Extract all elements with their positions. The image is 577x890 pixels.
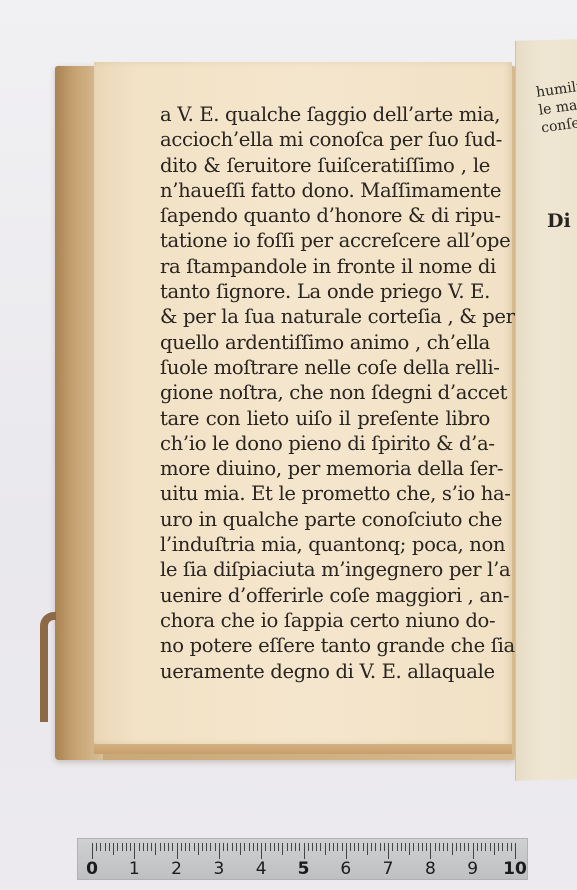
ruler-tick bbox=[249, 843, 250, 851]
ruler-label: 10 bbox=[503, 859, 527, 879]
ruler-tick bbox=[308, 843, 309, 851]
text-line: ueramente degno di V. E. allaquale bbox=[160, 659, 490, 684]
ruler-tick bbox=[490, 843, 491, 851]
ruler-tick bbox=[401, 843, 402, 851]
ruler-tick bbox=[468, 843, 469, 851]
ruler-tick bbox=[430, 843, 431, 859]
ruler-tick bbox=[405, 843, 406, 851]
ruler-tick bbox=[122, 843, 123, 851]
ruler-tick bbox=[320, 843, 321, 851]
ruler-tick bbox=[210, 843, 211, 851]
ruler-tick bbox=[439, 843, 440, 851]
right-page bbox=[515, 39, 577, 781]
ruler-tick bbox=[363, 843, 364, 851]
ruler-tick bbox=[346, 843, 347, 859]
ruler-tick bbox=[232, 843, 233, 851]
ruler-tick bbox=[92, 843, 93, 859]
ruler-tick bbox=[287, 843, 288, 851]
ruler-tick bbox=[291, 843, 292, 851]
ruler-tick bbox=[155, 843, 156, 855]
scale-ruler: 012345678910 bbox=[77, 838, 528, 880]
ruler-tick bbox=[113, 843, 114, 855]
ruler-tick bbox=[333, 843, 334, 851]
text-line: tare con lieto uiſo il preſente libro bbox=[160, 406, 490, 431]
text-line: l’induſtria mia, quantonq; poca, non bbox=[160, 532, 490, 557]
left-page-text: a V. E. qualche ſaggio dell’arte mia, ac… bbox=[160, 102, 490, 684]
text-line: gione noſtra, che non ſdegni d’accet bbox=[160, 380, 490, 405]
text-line: uro in qualche parte conoſciuto che bbox=[160, 507, 490, 532]
ruler-tick bbox=[236, 843, 237, 851]
ruler-tick bbox=[282, 843, 283, 855]
ruler-tick bbox=[464, 843, 465, 851]
ruler-tick bbox=[181, 843, 182, 851]
ruler-tick bbox=[502, 843, 503, 851]
ruler-tick bbox=[270, 843, 271, 851]
ruler-label: 3 bbox=[213, 859, 224, 879]
ruler-tick bbox=[194, 843, 195, 851]
ruler-tick bbox=[151, 843, 152, 851]
text-line: no potere eſſere tanto grande che ſia bbox=[160, 633, 490, 658]
ruler-tick bbox=[130, 843, 131, 851]
ruler-tick bbox=[219, 843, 220, 859]
text-line: ſapendo quanto d’honore & di ripu- bbox=[160, 203, 490, 228]
ruler-tick bbox=[278, 843, 279, 851]
ruler-tick bbox=[498, 843, 499, 851]
text-line: ſuole moſtrare nelle coſe della relli- bbox=[160, 355, 490, 380]
ruler-tick bbox=[172, 843, 173, 851]
text-line: tatione io foſſi per accreſcere all’ope bbox=[160, 228, 490, 253]
ruler-tick bbox=[164, 843, 165, 851]
ruler-tick bbox=[329, 843, 330, 851]
ruler-tick bbox=[189, 843, 190, 851]
ruler-tick bbox=[485, 843, 486, 851]
ruler-tick bbox=[384, 843, 385, 851]
text-line: more diuino, per memoria della ſer- bbox=[160, 456, 490, 481]
ruler-tick bbox=[206, 843, 207, 851]
ruler-label: 7 bbox=[383, 859, 394, 879]
ruler-tick bbox=[261, 843, 262, 859]
text-line: quello ardentiſſimo animo , ch’ella bbox=[160, 330, 490, 355]
ruler-tick bbox=[460, 843, 461, 851]
text-line: uenire d’offerirle coſe maggiori , an- bbox=[160, 583, 490, 608]
ruler-tick bbox=[375, 843, 376, 851]
ruler-tick bbox=[443, 843, 444, 851]
ruler-tick bbox=[253, 843, 254, 851]
text-line: dito & ſeruitore ſuiſceratiſſimo , le bbox=[160, 153, 490, 178]
text-line: n’haueſſi fatto dono. Maſſimamente bbox=[160, 178, 490, 203]
ruler-tick bbox=[202, 843, 203, 851]
ruler-tick bbox=[435, 843, 436, 851]
ruler-tick bbox=[342, 843, 343, 851]
ruler-tick bbox=[392, 843, 393, 851]
ruler-tick bbox=[143, 843, 144, 851]
ruler-tick bbox=[494, 843, 495, 855]
ruler-tick bbox=[147, 843, 148, 851]
ruler-label: 6 bbox=[340, 859, 351, 879]
ruler-tick bbox=[354, 843, 355, 851]
ruler-tick bbox=[244, 843, 245, 851]
ruler-tick bbox=[257, 843, 258, 851]
ruler-tick bbox=[117, 843, 118, 851]
ruler-tick bbox=[134, 843, 135, 859]
ruler-label: 0 bbox=[86, 859, 98, 879]
ruler-tick bbox=[274, 843, 275, 851]
ruler-tick bbox=[481, 843, 482, 851]
ruler-tick bbox=[426, 843, 427, 851]
ruler-tick bbox=[422, 843, 423, 851]
ruler-label: 2 bbox=[171, 859, 182, 879]
text-line: uitu mia. Et le prometto che, s’io ha- bbox=[160, 481, 490, 506]
ruler-tick bbox=[295, 843, 296, 851]
ruler-tick bbox=[316, 843, 317, 851]
ruler-tick bbox=[409, 843, 410, 855]
ruler-tick bbox=[126, 843, 127, 851]
ruler-tick bbox=[160, 843, 161, 851]
ruler-tick bbox=[185, 843, 186, 851]
ruler-tick bbox=[380, 843, 381, 851]
ruler-tick bbox=[139, 843, 140, 851]
ruler-tick bbox=[227, 843, 228, 851]
ruler-tick bbox=[198, 843, 199, 855]
ruler-tick bbox=[177, 843, 178, 859]
ruler-tick bbox=[358, 843, 359, 851]
ruler-tick bbox=[413, 843, 414, 851]
ruler-tick bbox=[477, 843, 478, 851]
text-line: accioch’ella mi conoſca per ſuo ſud- bbox=[160, 127, 490, 152]
ruler-tick bbox=[325, 843, 326, 855]
ruler-tick bbox=[105, 843, 106, 851]
ruler-tick bbox=[168, 843, 169, 851]
ruler-tick bbox=[447, 843, 448, 851]
text-line: & per la ſua naturale corteſia , & per bbox=[160, 304, 490, 329]
ruler-tick bbox=[109, 843, 110, 851]
ruler-tick bbox=[240, 843, 241, 855]
ruler-tick bbox=[299, 843, 300, 851]
leather-tie bbox=[40, 612, 56, 722]
ruler-tick bbox=[100, 843, 101, 851]
ruler-tick bbox=[265, 843, 266, 851]
ruler-tick bbox=[223, 843, 224, 851]
ruler-label: 5 bbox=[298, 859, 310, 879]
ruler-tick bbox=[397, 843, 398, 851]
ruler-tick bbox=[371, 843, 372, 851]
text-line: ra ſtampandole in fronte il nome di bbox=[160, 254, 490, 279]
ruler-tick bbox=[337, 843, 338, 851]
ruler-label: 8 bbox=[425, 859, 436, 879]
ruler-tick bbox=[473, 843, 474, 859]
ruler-label: 4 bbox=[256, 859, 267, 879]
ruler-tick bbox=[388, 843, 389, 859]
ruler-label: 1 bbox=[129, 859, 140, 879]
text-line: le ſia diſpiaciuta m’ingegnero per l’a bbox=[160, 557, 490, 582]
text-line: ch’io le dono pieno di ſpirito & d’a- bbox=[160, 431, 490, 456]
text-line: a V. E. qualche ſaggio dell’arte mia, bbox=[160, 102, 490, 127]
ruler-tick bbox=[511, 843, 512, 851]
ruler-tick bbox=[418, 843, 419, 851]
ruler-tick bbox=[456, 843, 457, 851]
ruler-label: 9 bbox=[467, 859, 478, 879]
right-page-text: humilme le mani , conſerui bbox=[535, 76, 577, 138]
ruler-tick bbox=[215, 843, 216, 851]
ruler-tick bbox=[515, 843, 516, 859]
ruler-tick bbox=[304, 843, 305, 859]
ruler-tick bbox=[367, 843, 368, 855]
right-page-heading: Di bbox=[547, 210, 571, 232]
ruler-tick bbox=[452, 843, 453, 855]
ruler-tick bbox=[507, 843, 508, 851]
ruler-tick bbox=[350, 843, 351, 851]
text-line: chora che io ſappia certo niuno do- bbox=[160, 608, 490, 633]
ruler-tick bbox=[96, 843, 97, 851]
text-line: tanto ſignore. La onde priego V. E. bbox=[160, 279, 490, 304]
ruler-tick bbox=[312, 843, 313, 851]
